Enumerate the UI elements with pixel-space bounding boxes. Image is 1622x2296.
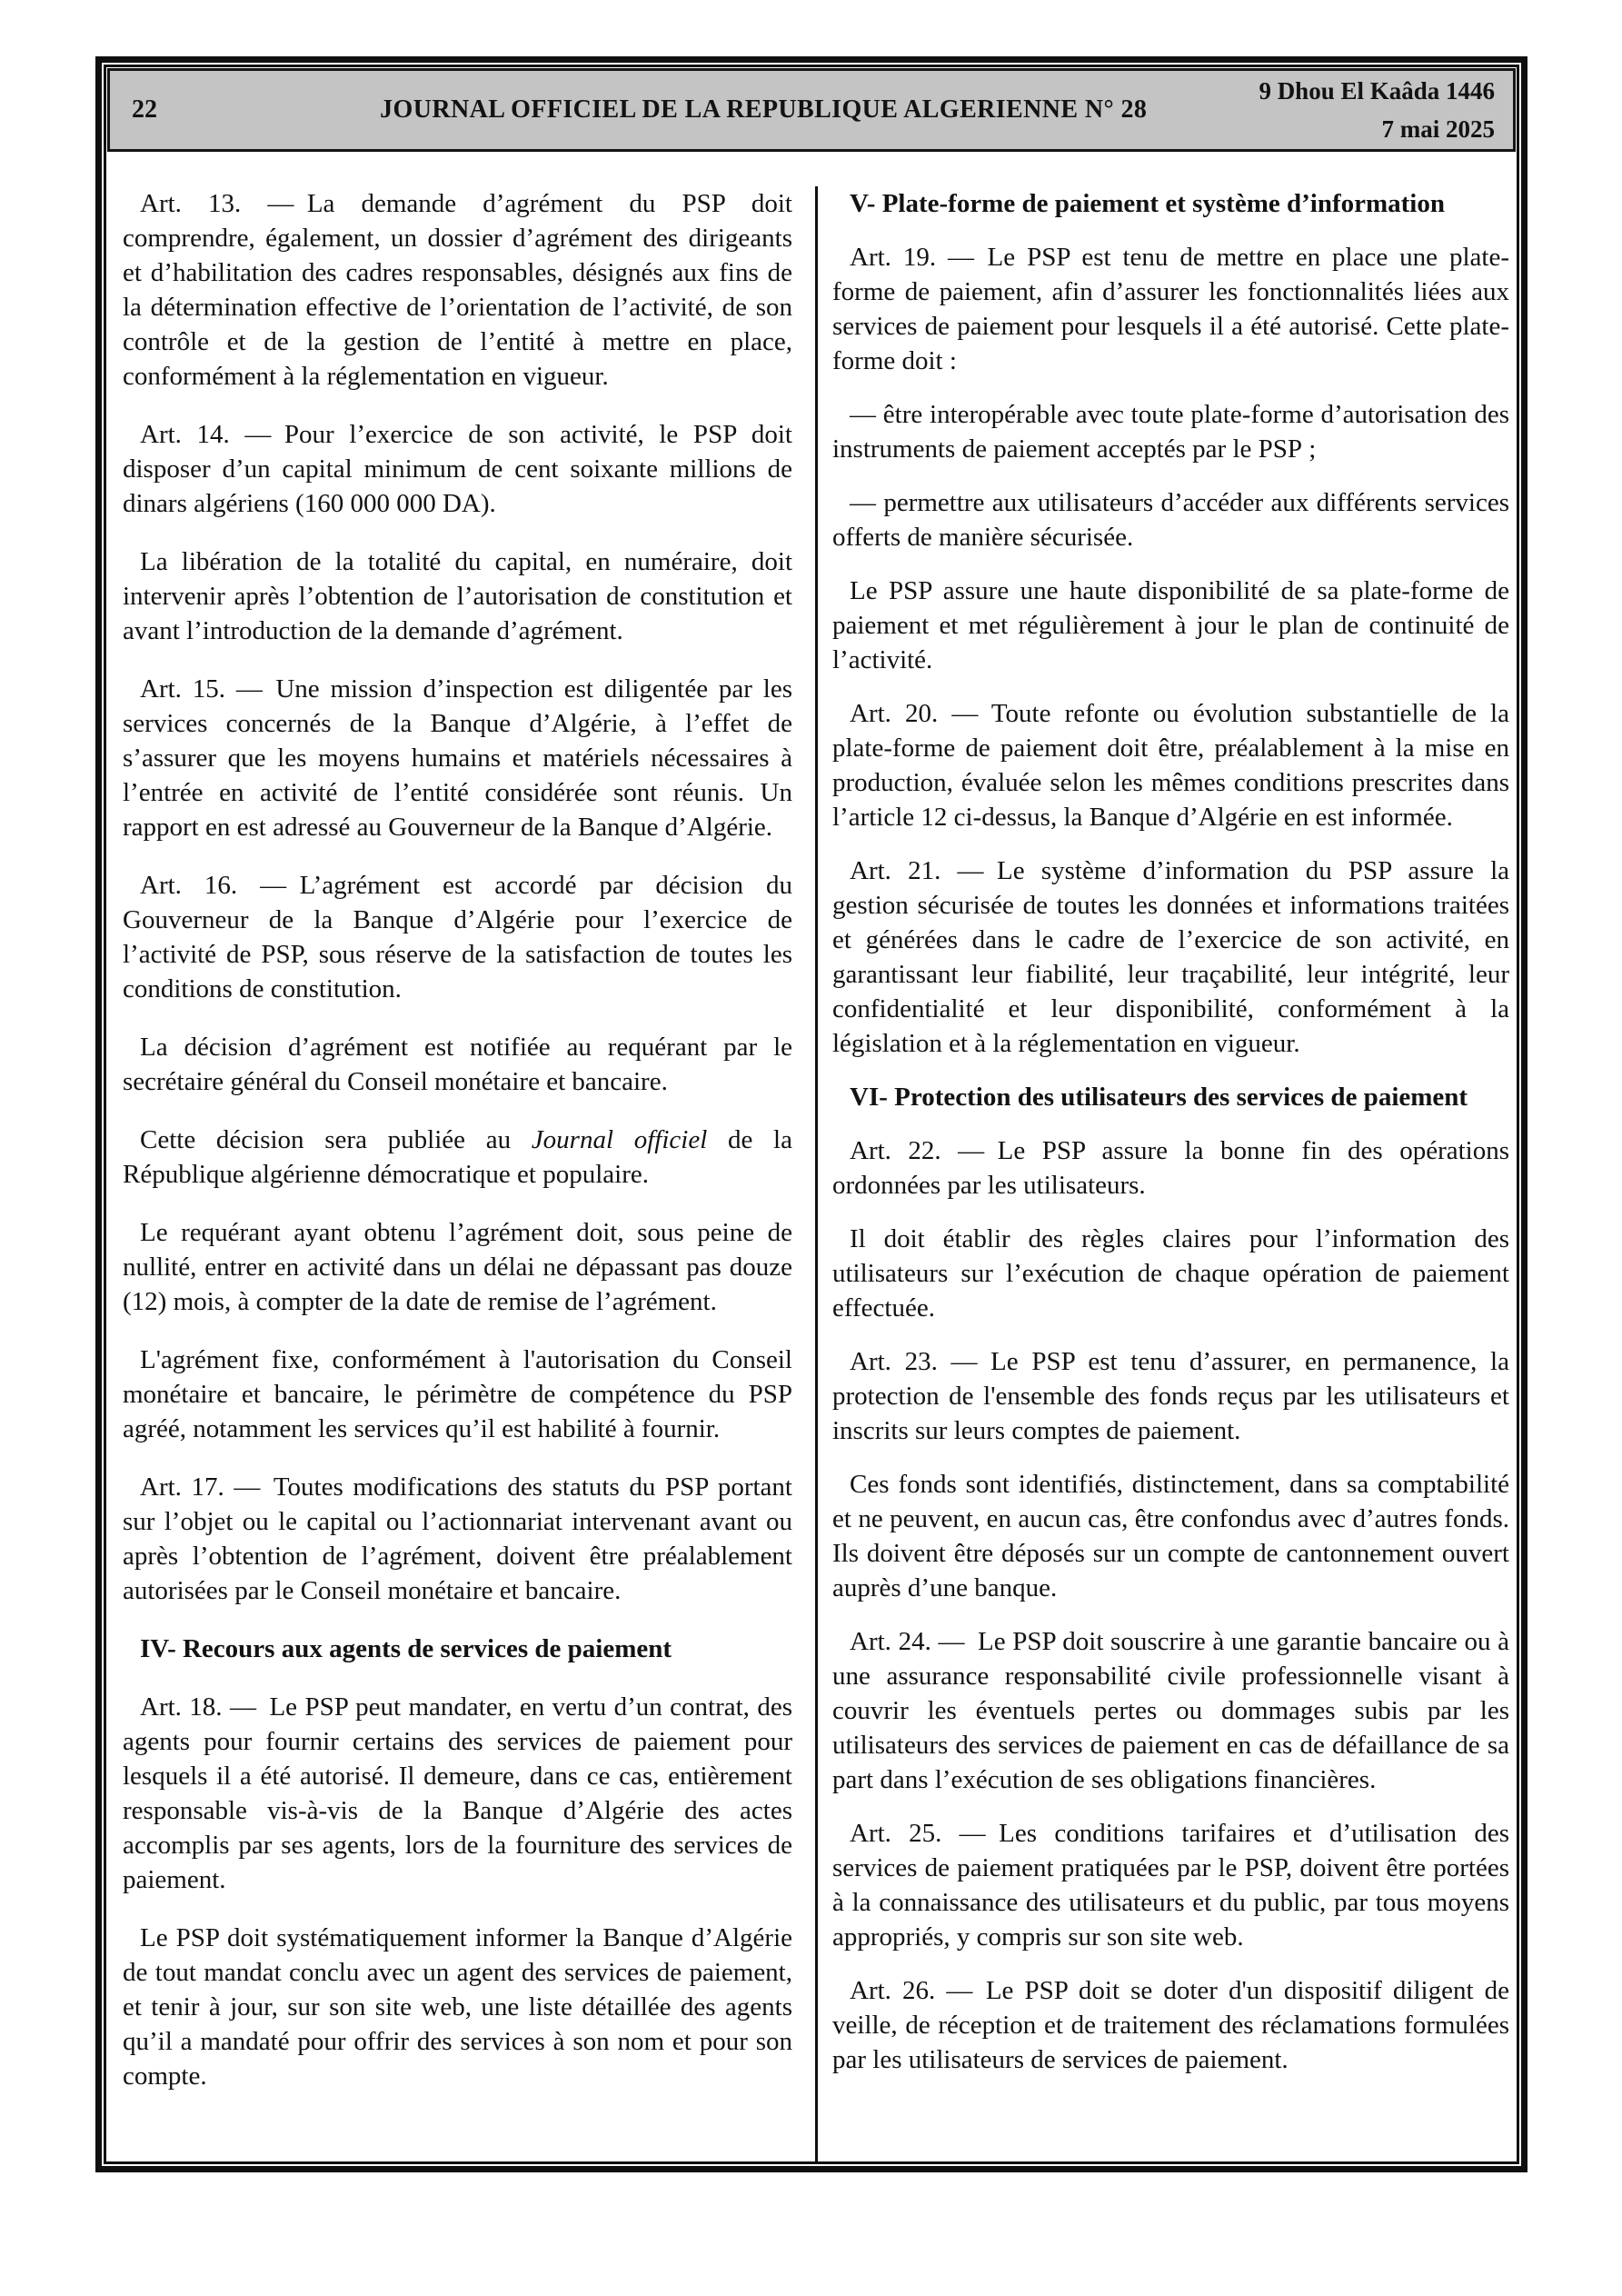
paragraph-decision-publiee: Cette décision sera publiée au Journal o… — [123, 1123, 792, 1192]
paragraph-ces-fonds: Ces fonds sont identifiés, distinctement… — [832, 1467, 1509, 1605]
paragraph-il-doit-etablir: Il doit établir des règles claires pour … — [832, 1222, 1509, 1325]
page-frame-outer: 22 JOURNAL OFFICIEL DE LA REPUBLIQUE ALG… — [95, 56, 1527, 2172]
paragraph-haute-disponibilite: Le PSP assure une haute disponibilité de… — [832, 574, 1509, 677]
issue-dates: 9 Dhou El Kaâda 1446 7 mai 2025 — [1259, 72, 1498, 148]
paragraph-art23: Art. 23. — Le PSP est tenu d’assurer, en… — [832, 1344, 1509, 1448]
paragraph-decision-notifiee: La décision d’agrément est notifiée au r… — [123, 1030, 792, 1099]
paragraph-art25: Art. 25. — Les conditions tarifaires et … — [832, 1816, 1509, 1954]
page-number: 22 — [132, 95, 268, 125]
paragraph-agrement-fixe: L'agrément fixe, conformément à l'autori… — [123, 1343, 792, 1446]
page-frame-inner: 22 JOURNAL OFFICIEL DE LA REPUBLIQUE ALG… — [104, 65, 1519, 2164]
paragraph-art14: Art. 14. — Pour l’exercice de son activi… — [123, 417, 792, 521]
page-content: Art. 13. — La demande d’agrément du PSP … — [106, 153, 1517, 2161]
date-gregorian: 7 mai 2025 — [1259, 110, 1495, 148]
date-hijri: 9 Dhou El Kaâda 1446 — [1259, 72, 1495, 110]
paragraph-art15: Art. 15. — Une mission d’inspection est … — [123, 672, 792, 844]
journal-header-bar: 22 JOURNAL OFFICIEL DE LA REPUBLIQUE ALG… — [107, 68, 1516, 152]
paragraph-art22: Art. 22. — Le PSP assure la bonne fin de… — [832, 1133, 1509, 1203]
section-heading-iv: IV- Recours aux agents de services de pa… — [123, 1632, 792, 1666]
document-page: { "header": { "page_number": "22", "titl… — [0, 0, 1622, 2296]
journal-title: JOURNAL OFFICIEL DE LA REPUBLIQUE ALGERI… — [268, 95, 1259, 125]
paragraph-art21: Art. 21. — Le système d’information du P… — [832, 854, 1509, 1061]
paragraph-art16: Art. 16. — L’agrément est accordé par dé… — [123, 868, 792, 1006]
column-divider-rule — [815, 186, 818, 2161]
paragraph-psp-informer: Le PSP doit systématiquement informer la… — [123, 1921, 792, 2093]
paragraph-art18: Art. 18. — Le PSP peut mandater, en vert… — [123, 1690, 792, 1897]
paragraph-art19: Art. 19. — Le PSP est tenu de mettre en … — [832, 240, 1509, 378]
paragraph-art24: Art. 24. — Le PSP doit souscrire à une g… — [832, 1624, 1509, 1797]
paragraph-art13: Art. 13. — La demande d’agrément du PSP … — [123, 186, 792, 394]
paragraph-art26: Art. 26. — Le PSP doit se doter d'un dis… — [832, 1973, 1509, 2077]
section-heading-v: V- Plate-forme de paiement et système d’… — [832, 186, 1509, 221]
paragraph-tiret-permettre: — permettre aux utilisateurs d’accéder a… — [832, 485, 1509, 554]
paragraph-requerant-agrement: Le requérant ayant obtenu l’agrément doi… — [123, 1215, 792, 1319]
section-heading-vi: VI- Protection des utilisateurs des serv… — [832, 1080, 1509, 1114]
left-column: Art. 13. — La demande d’agrément du PSP … — [123, 186, 792, 2161]
paragraph-art20: Art. 20. — Toute refonte ou évolution su… — [832, 696, 1509, 834]
paragraph-tiret-interoperable: — être interopérable avec toute plate-fo… — [832, 397, 1509, 466]
decision-publiee-text: Cette décision sera publiée au — [140, 1125, 532, 1154]
journal-officiel-italic: Journal officiel — [532, 1125, 707, 1154]
paragraph-liberation-capital: La libération de la totalité du capital,… — [123, 544, 792, 648]
right-column: V- Plate-forme de paiement et système d’… — [832, 186, 1511, 2161]
paragraph-art17: Art. 17. — Toutes modifications des stat… — [123, 1470, 792, 1608]
